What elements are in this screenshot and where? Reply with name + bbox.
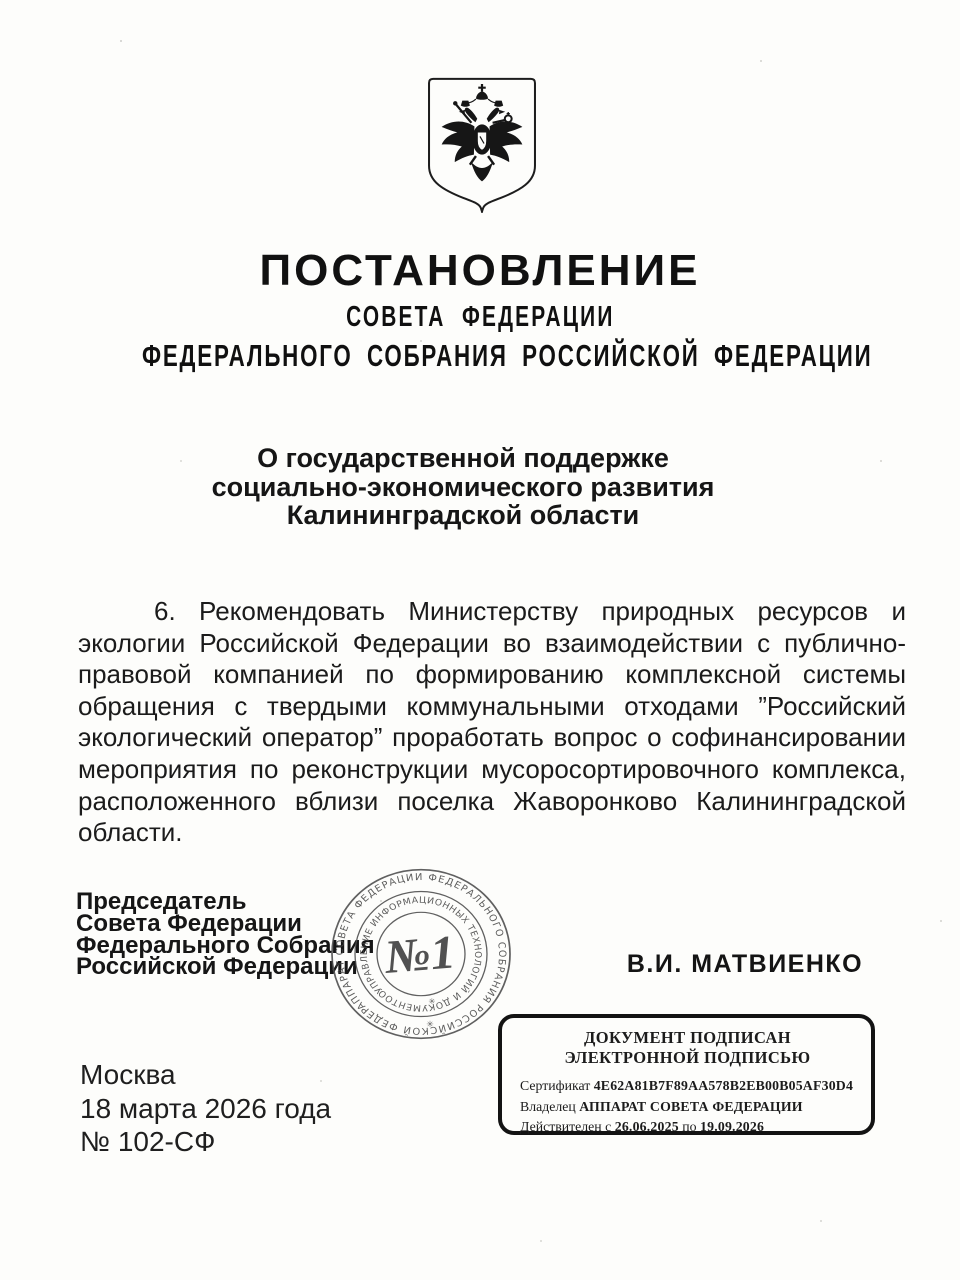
stamp-star-inner: ✳ [428, 997, 435, 1006]
footer-date: 18 марта 2026 года [80, 1092, 331, 1126]
stamp-star-outer: ✳ [426, 1019, 434, 1029]
issuer-line-2: ФЕДЕРАЛЬНОГО СОБРАНИЯ РОССИЙСКОЙ ФЕДЕРАЦ… [0, 338, 960, 374]
issuer-line-1: СОВЕТА ФЕДЕРАЦИИ [0, 301, 960, 334]
scan-noise [120, 40, 122, 42]
subject-line-1: О государственной поддержке [0, 444, 926, 473]
document-title: ПОСТАНОВЛЕНИЕ [0, 246, 960, 296]
coat-of-arms-icon [426, 76, 538, 213]
cert-label: Сертификат [520, 1078, 590, 1093]
valid-mid-label: по [682, 1119, 696, 1134]
document-page: ПОСТАНОВЛЕНИЕ СОВЕТА ФЕДЕРАЦИИ ФЕДЕРАЛЬН… [0, 0, 960, 1280]
valid-from: 26.06.2025 [615, 1119, 679, 1134]
valid-label: Действителен с [520, 1119, 611, 1134]
body-paragraph: 6. Рекомендовать Министерству природных … [78, 596, 906, 849]
esign-valid-row: Действителен с 26.06.2025 по 19.09.2026 [520, 1117, 855, 1138]
owner-label: Владелец [520, 1099, 576, 1114]
signer-name: В.И. МАТВИЕНКО [560, 950, 930, 979]
valid-to: 19.09.2026 [700, 1119, 764, 1134]
official-round-stamp: АППАРАТ СОВЕТА ФЕДЕРАЦИИ ФЕДЕРАЛЬНОГО СО… [326, 864, 516, 1044]
owner-value: АППАРАТ СОВЕТА ФЕДЕРАЦИИ [579, 1099, 803, 1114]
stamp-number: №1 [381, 926, 457, 984]
cert-value: 4E62A81B7F89AA578B2EB00B05AF30D4 [594, 1078, 853, 1093]
subject-line-2: социально-экономического развития [0, 473, 926, 502]
subject-block: О государственной поддержке социально-эк… [0, 444, 926, 530]
esign-owner-row: Владелец АППАРАТ СОВЕТА ФЕДЕРАЦИИ [520, 1097, 855, 1118]
esign-cert-row: Сертификат 4E62A81B7F89AA578B2EB00B05AF3… [520, 1076, 855, 1097]
footer-number: № 102-СФ [80, 1125, 331, 1159]
esign-details: Сертификат 4E62A81B7F89AA578B2EB00B05AF3… [520, 1076, 855, 1138]
footer-block: Москва 18 марта 2026 года № 102-СФ [80, 1058, 331, 1159]
footer-city: Москва [80, 1058, 331, 1092]
subject-line-3: Калининградской области [0, 501, 926, 530]
esign-header-line-1: ДОКУМЕНТ ПОДПИСАН [520, 1028, 855, 1048]
esign-box: ДОКУМЕНТ ПОДПИСАН ЭЛЕКТРОННОЙ ПОДПИСЬЮ С… [498, 1014, 875, 1135]
esign-header-line-2: ЭЛЕКТРОННОЙ ПОДПИСЬЮ [520, 1048, 855, 1068]
